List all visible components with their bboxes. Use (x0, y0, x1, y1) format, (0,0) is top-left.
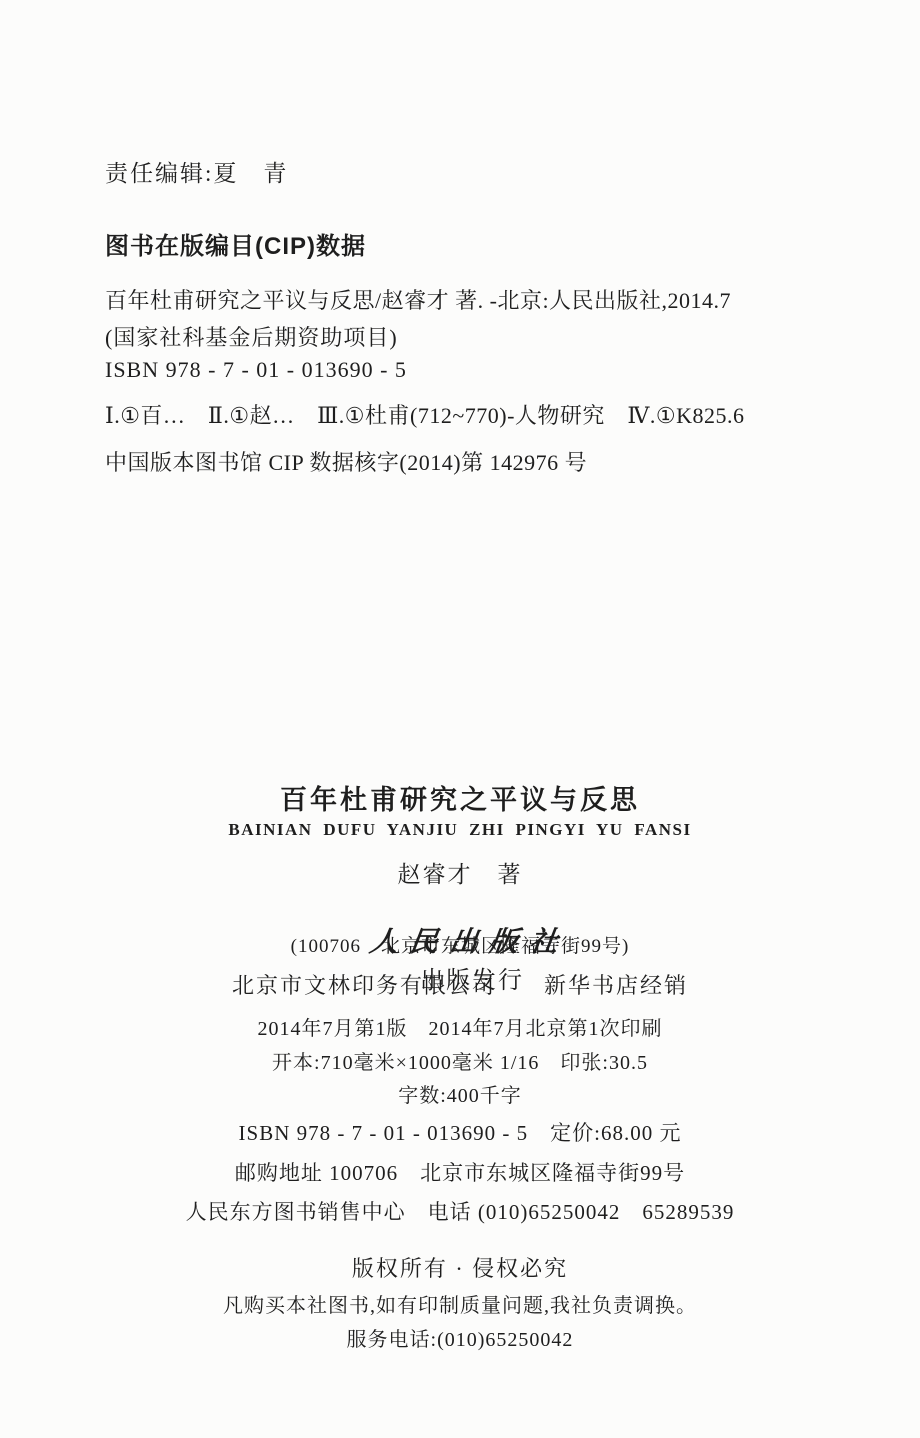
book-title-pinyin: BAINIAN DUFU YANJIU ZHI PINGYI YU FANSI (0, 820, 920, 840)
book-title: 百年杜甫研究之平议与反思 (0, 778, 920, 817)
printer-distributor-line: 北京市文林印务有限公司 新华书店经销 (0, 969, 920, 1000)
cip-classification: Ⅰ.①百… Ⅱ.①赵… Ⅲ.①杜甫(712~770)-人物研究 Ⅳ.①K825.… (105, 399, 745, 430)
edition-printing-line: 2014年7月第1版 2014年7月北京第1次印刷 (0, 1012, 920, 1041)
sales-center-line: 人民东方图书销售中心 电话 (010)65250042 65289539 (0, 1196, 920, 1226)
isbn-price-line: ISBN 978 - 7 - 01 - 013690 - 5 定价:68.00 … (0, 1117, 920, 1147)
cip-series-note: (国家社科基金后期资助项目) (105, 321, 398, 352)
copyright-page: 责任编辑:夏 青 图书在版编目(CIP)数据 百年杜甫研究之平议与反思/赵睿才 … (0, 0, 920, 1438)
cip-heading: 图书在版编目(CIP)数据 (105, 226, 366, 261)
cip-description: 百年杜甫研究之平议与反思/赵睿才 著. -北京:人民出版社,2014.7 (105, 284, 731, 315)
mail-order-address: 邮购地址 100706 北京市东城区隆福寺街99号 (0, 1157, 920, 1187)
responsible-editor-line: 责任编辑:夏 青 (105, 155, 288, 188)
copyright-notice: 版权所有 · 侵权必究 (0, 1252, 920, 1283)
service-phone-line: 服务电话:(010)65250042 (0, 1323, 920, 1352)
book-author: 赵睿才 著 (0, 856, 920, 889)
cip-record-number: 中国版本图书馆 CIP 数据核字(2014)第 142976 号 (105, 446, 587, 477)
format-sheets-line: 开本:710毫米×1000毫米 1/16 印张:30.5 (0, 1046, 920, 1075)
publisher-address: (100706 北京市东城区隆福寺街99号) (0, 931, 920, 958)
quality-exchange-notice: 凡购买本社图书,如有印制质量问题,我社负责调换。 (0, 1289, 920, 1318)
word-count-line: 字数:400千字 (0, 1079, 920, 1108)
cip-isbn: ISBN 978 - 7 - 01 - 013690 - 5 (105, 357, 407, 383)
